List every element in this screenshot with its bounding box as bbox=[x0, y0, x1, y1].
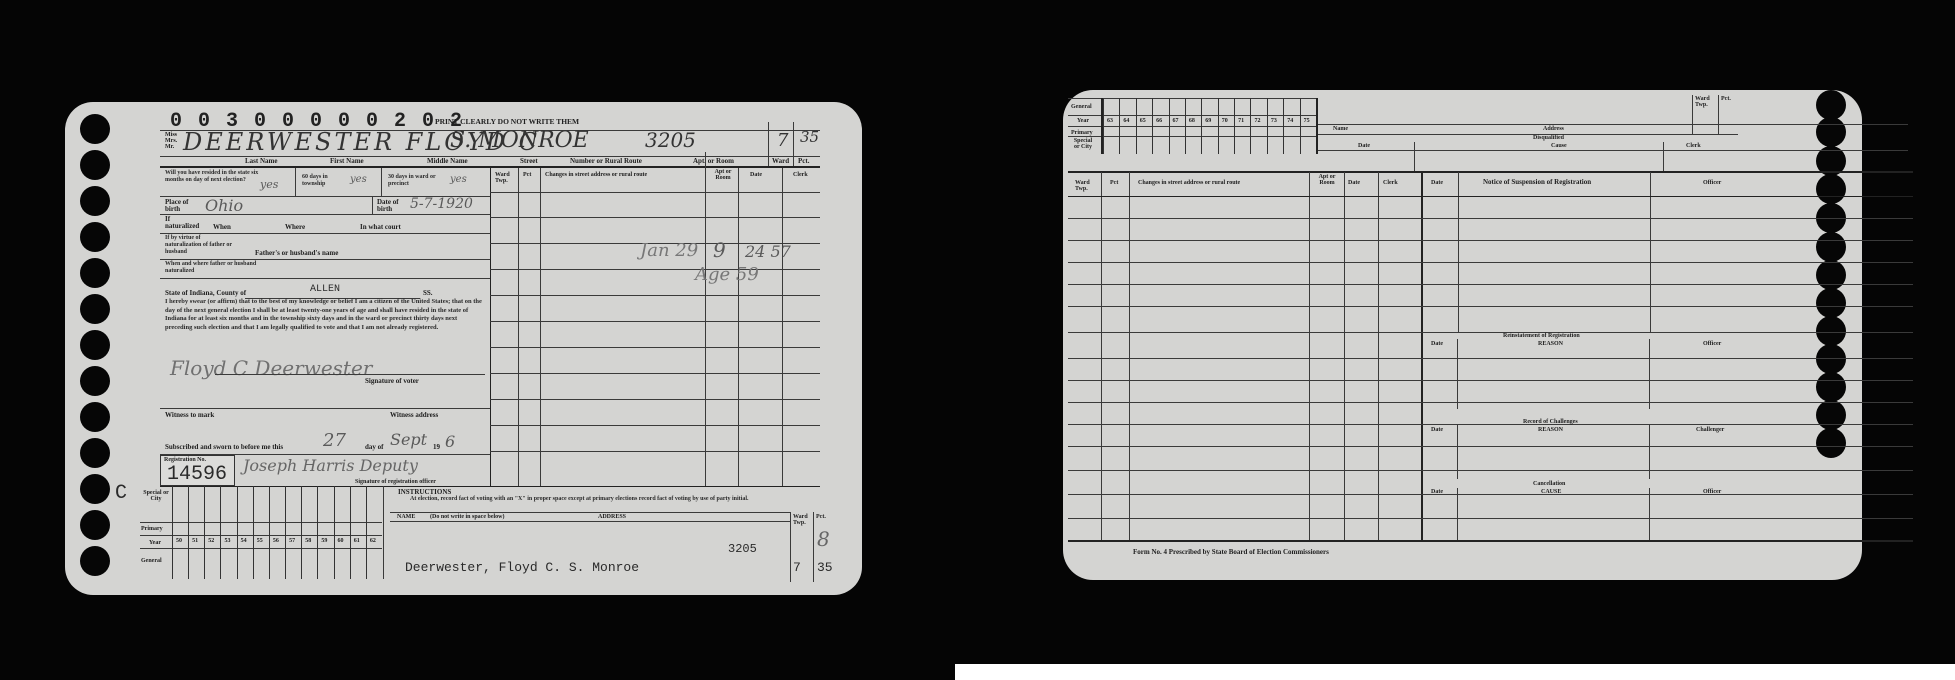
no-write-label: (Do not write in space below) bbox=[430, 514, 505, 520]
change-entry-2: Age 59 bbox=[695, 264, 759, 285]
changes-header-apt: Apt or Room bbox=[710, 169, 736, 182]
year-label: 65 bbox=[1140, 118, 1146, 124]
ss-label: SS. bbox=[423, 290, 433, 297]
year-label: 74 bbox=[1287, 118, 1293, 124]
year-cell: 67 bbox=[1169, 98, 1185, 154]
year-cell: 69 bbox=[1201, 98, 1217, 154]
year-prefix: 19 bbox=[433, 444, 440, 451]
year-cell: 50 bbox=[172, 486, 188, 579]
year-label: 71 bbox=[1238, 118, 1244, 124]
registration-number: 14596 bbox=[167, 463, 227, 486]
middle-name-label: Middle Name bbox=[427, 158, 468, 165]
back-clerk-label: Clerk bbox=[1686, 143, 1701, 149]
street-number: 3205 bbox=[645, 128, 696, 152]
typed-voter-line: Deerwester, Floyd C. S. Monroe bbox=[405, 560, 639, 575]
change-entry-1: Jan 29 bbox=[640, 240, 698, 261]
precinct-number: 35 bbox=[800, 128, 819, 146]
residency-question-ward: 30 days in ward or precinct bbox=[388, 174, 446, 188]
year-cell: 75 bbox=[1300, 98, 1316, 154]
back-changes-ward: Ward Twp. bbox=[1075, 180, 1097, 193]
binder-hole bbox=[80, 294, 110, 324]
back-row-special: Special or City bbox=[1071, 138, 1095, 151]
year-label: 70 bbox=[1222, 118, 1228, 124]
suspension-date-label: Date bbox=[1431, 180, 1443, 186]
binder-hole bbox=[80, 474, 110, 504]
year-label: 63 bbox=[1107, 118, 1113, 124]
year-label: 51 bbox=[192, 538, 198, 544]
binder-hole bbox=[80, 330, 110, 360]
cancellation-officer-label: Officer bbox=[1703, 489, 1721, 495]
year-grid: 50515253545556575859606162 bbox=[172, 486, 382, 579]
year-label: 61 bbox=[354, 538, 360, 544]
year-label: 67 bbox=[1173, 118, 1179, 124]
suspension-officer-label: Officer bbox=[1703, 180, 1721, 186]
binder-hole bbox=[80, 510, 110, 540]
year-cell: 63 bbox=[1103, 98, 1119, 154]
binder-hole bbox=[1816, 174, 1846, 204]
year-grid: 63646566676869707172737475 bbox=[1103, 98, 1316, 154]
pct-label: Pct. bbox=[798, 158, 809, 165]
typed-pct-handwritten: 8 bbox=[817, 527, 830, 551]
back-changes-apt: Apt or Room bbox=[1315, 174, 1339, 187]
year-label: 66 bbox=[1156, 118, 1162, 124]
challenges-challenger-label: Challenger bbox=[1696, 427, 1724, 433]
binder-hole bbox=[80, 438, 110, 468]
back-date-label: Date bbox=[1358, 143, 1370, 149]
subscribed-month: Sept bbox=[390, 430, 427, 449]
election-row-year: Year bbox=[149, 540, 161, 546]
residency-answer-township: yes bbox=[350, 174, 367, 185]
year-cell: 56 bbox=[269, 486, 285, 579]
registration-card-back: General Year Primary Special or City 636… bbox=[1063, 90, 1862, 580]
street-label: Street bbox=[520, 158, 538, 165]
father-naturalization-label: If by virtue of naturalization of father… bbox=[165, 235, 235, 256]
date-of-birth-label: Date of birth bbox=[377, 199, 407, 214]
year-label: 55 bbox=[257, 538, 263, 544]
change-entry-1-date: 24 57 bbox=[745, 242, 791, 261]
year-label: 59 bbox=[321, 538, 327, 544]
ward-label: Ward bbox=[772, 158, 789, 165]
residency-question-state: Will you have resided in the state six m… bbox=[165, 170, 270, 184]
first-name-label: First Name bbox=[330, 158, 364, 165]
changes-header-address: Changes in street address or rural route bbox=[545, 172, 647, 178]
typed-ward-label: Ward Twp. bbox=[793, 514, 813, 527]
oath-text: I hereby swear (or affirm) that to the b… bbox=[165, 298, 485, 332]
year-label: 52 bbox=[208, 538, 214, 544]
margin-mark: C bbox=[115, 482, 127, 505]
header-instruction: PRINT CLEARLY DO NOT WRITE THEM bbox=[435, 118, 579, 126]
year-cell: 73 bbox=[1267, 98, 1283, 154]
binder-hole bbox=[80, 222, 110, 252]
year-label: 57 bbox=[289, 538, 295, 544]
apt-label: Apt. or Room bbox=[693, 158, 734, 165]
when-label: When bbox=[213, 224, 231, 231]
county-name: ALLEN bbox=[310, 284, 340, 295]
binder-hole bbox=[1816, 232, 1846, 262]
year-cell: 66 bbox=[1152, 98, 1168, 154]
reinstatement-officer-label: Officer bbox=[1703, 341, 1721, 347]
changes-header-ward: Ward Twp. bbox=[495, 172, 517, 185]
year-label: 62 bbox=[370, 538, 376, 544]
year-label: 50 bbox=[176, 538, 182, 544]
instructions-text: At election, record fact of voting with … bbox=[410, 496, 795, 503]
year-cell: 51 bbox=[188, 486, 204, 579]
back-cause-label: Cause bbox=[1551, 143, 1567, 149]
challenges-title: Record of Challenges bbox=[1523, 419, 1578, 425]
title-prefix-mr: Mr. bbox=[165, 144, 174, 150]
year-cell: 57 bbox=[285, 486, 301, 579]
year-label: 56 bbox=[273, 538, 279, 544]
court-label: In what court bbox=[360, 224, 401, 231]
place-of-birth-label: Place of birth bbox=[165, 199, 195, 214]
binder-hole bbox=[1816, 428, 1846, 458]
witness-address-label: Witness address bbox=[390, 412, 438, 419]
back-changes-date: Date bbox=[1348, 180, 1360, 186]
binder-hole bbox=[1816, 372, 1846, 402]
cancellation-cause-label: CAUSE bbox=[1541, 489, 1561, 495]
year-label: 68 bbox=[1189, 118, 1195, 124]
residency-answer-state: yes bbox=[260, 178, 278, 191]
typed-street-number: 3205 bbox=[728, 542, 757, 556]
back-changes-pct: Pct bbox=[1110, 180, 1118, 186]
binder-hole bbox=[1816, 288, 1846, 318]
year-cell: 54 bbox=[237, 486, 253, 579]
year-cell: 53 bbox=[220, 486, 236, 579]
officer-signature: Joseph Harris Deputy bbox=[243, 456, 418, 475]
binder-hole bbox=[80, 150, 110, 180]
election-row-special: Special or City bbox=[141, 490, 171, 503]
day-of-label: day of bbox=[365, 444, 383, 451]
year-label: 58 bbox=[305, 538, 311, 544]
subscribed-year: 6 bbox=[445, 432, 455, 451]
registration-card-front: C 0 0 3 0 0 0 0 0 2 0 2 PRINT CLEARLY DO… bbox=[65, 102, 862, 595]
subscribed-day: 27 bbox=[323, 430, 346, 451]
cancellation-title: Cancellation bbox=[1533, 481, 1565, 487]
election-row-general: General bbox=[141, 558, 162, 564]
year-label: 69 bbox=[1205, 118, 1211, 124]
residency-question-township: 60 days in township bbox=[302, 174, 352, 188]
place-of-birth: Ohio bbox=[205, 196, 243, 215]
binder-hole bbox=[1816, 400, 1846, 430]
year-cell: 68 bbox=[1185, 98, 1201, 154]
election-row-primary: Primary bbox=[141, 526, 163, 532]
binder-hole bbox=[1816, 316, 1846, 346]
father-when-label: When and where father or husband natural… bbox=[165, 261, 265, 275]
change-entry-1-apt: 9 bbox=[713, 238, 726, 262]
form-footer: Form No. 4 Prescribed by State Board of … bbox=[1133, 549, 1329, 556]
officer-signature-label: Signature of registration officer bbox=[355, 479, 436, 485]
year-label: 75 bbox=[1304, 118, 1310, 124]
typed-pct: 35 bbox=[817, 560, 833, 575]
witness-mark-label: Witness to mark bbox=[165, 412, 214, 419]
registration-number-box: Registration No. 14596 bbox=[160, 455, 235, 486]
changes-header-date: Date bbox=[750, 172, 762, 178]
last-name-label: Last Name bbox=[245, 158, 277, 165]
binder-hole bbox=[1816, 260, 1846, 290]
year-cell: 71 bbox=[1234, 98, 1250, 154]
challenges-date-label: Date bbox=[1431, 427, 1443, 433]
county-intro: State of Indiana, County of bbox=[165, 290, 246, 297]
binder-hole bbox=[1816, 90, 1846, 120]
back-row-year: Year bbox=[1077, 118, 1089, 124]
typed-ward: 7 bbox=[793, 560, 801, 575]
back-pct-label: Pct. bbox=[1721, 96, 1731, 102]
residency-answer-ward: yes bbox=[450, 174, 467, 185]
reinstatement-reason-label: REASON bbox=[1538, 341, 1563, 347]
back-changes-clerk: Clerk bbox=[1383, 180, 1398, 186]
year-cell: 60 bbox=[334, 486, 350, 579]
back-address-label: Address bbox=[1543, 126, 1564, 132]
binder-hole bbox=[80, 546, 110, 576]
date-of-birth: 5-7-1920 bbox=[410, 196, 473, 212]
year-cell: 58 bbox=[301, 486, 317, 579]
year-label: 60 bbox=[338, 538, 344, 544]
back-row-general: General bbox=[1071, 104, 1092, 110]
ward-number: 7 bbox=[777, 130, 788, 151]
year-cell: 55 bbox=[253, 486, 269, 579]
changes-header-pct: Pct bbox=[523, 172, 531, 178]
name-column-label: NAME bbox=[397, 514, 415, 520]
voter-signature: Floyd C Deerwester bbox=[170, 356, 372, 380]
back-ward-label: Ward Twp. bbox=[1695, 96, 1717, 109]
changes-header-clerk: Clerk bbox=[793, 172, 808, 178]
signature-label: Signature of voter bbox=[365, 378, 419, 385]
year-cell: 70 bbox=[1218, 98, 1234, 154]
year-cell: 64 bbox=[1119, 98, 1135, 154]
back-name-label: Name bbox=[1333, 126, 1348, 132]
year-cell: 61 bbox=[350, 486, 366, 579]
cancellation-date-label: Date bbox=[1431, 489, 1443, 495]
challenges-reason-label: REASON bbox=[1538, 427, 1563, 433]
father-name-label: Father's or husband's name bbox=[255, 250, 338, 257]
reinstatement-date-label: Date bbox=[1431, 341, 1443, 347]
street-name: S. MONROE bbox=[450, 128, 589, 153]
back-disqualified-label: Disqualified bbox=[1533, 135, 1564, 141]
binder-hole bbox=[1816, 117, 1846, 147]
year-cell: 52 bbox=[204, 486, 220, 579]
address-column-label: ADDRESS bbox=[598, 514, 626, 520]
subscribed-label: Subscribed and sworn to before me this bbox=[165, 444, 283, 451]
year-label: 72 bbox=[1254, 118, 1260, 124]
suspension-title: Notice of Suspension of Registration bbox=[1483, 179, 1591, 186]
white-scan-strip bbox=[955, 664, 1955, 680]
typed-pct-label: Pct. bbox=[816, 514, 826, 520]
binder-hole bbox=[80, 402, 110, 432]
year-label: 53 bbox=[224, 538, 230, 544]
year-cell: 65 bbox=[1136, 98, 1152, 154]
year-cell: 72 bbox=[1250, 98, 1266, 154]
year-label: 54 bbox=[241, 538, 247, 544]
year-cell: 74 bbox=[1283, 98, 1299, 154]
naturalized-label: If naturalized bbox=[165, 216, 197, 231]
year-label: 64 bbox=[1123, 118, 1129, 124]
binder-hole bbox=[80, 366, 110, 396]
year-cell: 62 bbox=[366, 486, 382, 579]
number-label: Number or Rural Route bbox=[570, 158, 642, 165]
back-changes-address: Changes in street address or rural route bbox=[1138, 180, 1240, 186]
where-label: Where bbox=[285, 224, 305, 231]
reinstatement-title: Reinstatement of Registration bbox=[1503, 333, 1580, 339]
binder-hole bbox=[80, 258, 110, 288]
year-label: 73 bbox=[1271, 118, 1277, 124]
binder-hole bbox=[80, 186, 110, 216]
binder-hole bbox=[1816, 344, 1846, 374]
year-cell: 59 bbox=[317, 486, 333, 579]
binder-hole bbox=[80, 114, 110, 144]
